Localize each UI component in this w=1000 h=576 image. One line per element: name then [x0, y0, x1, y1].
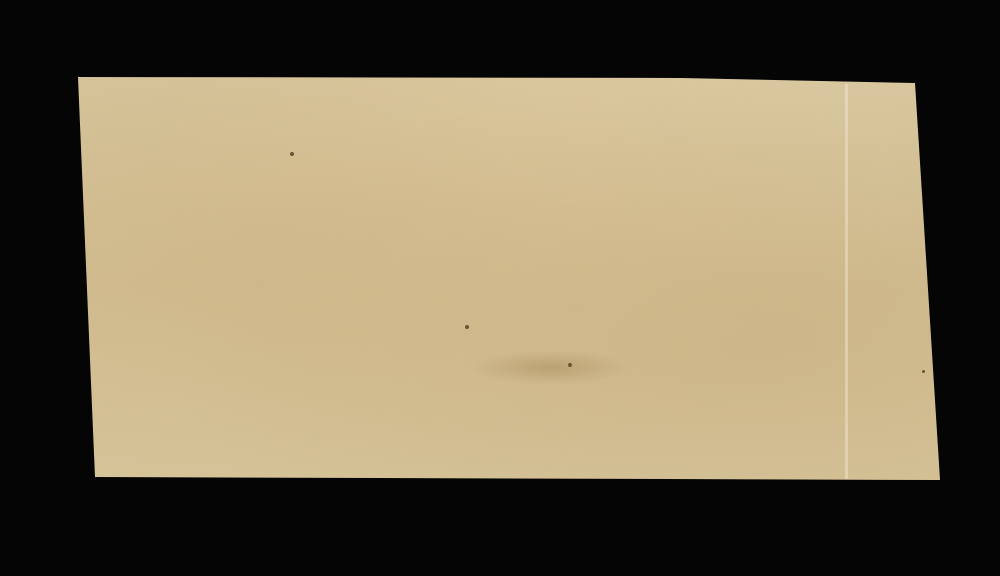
paper-spot: [465, 325, 469, 329]
paper-spot: [290, 152, 294, 156]
paper-spot: [922, 370, 925, 373]
paper-fold-line: [845, 84, 848, 479]
aged-paper: [0, 0, 1000, 576]
paper-spot: [568, 363, 572, 367]
faint-stain-marks: [470, 350, 630, 385]
